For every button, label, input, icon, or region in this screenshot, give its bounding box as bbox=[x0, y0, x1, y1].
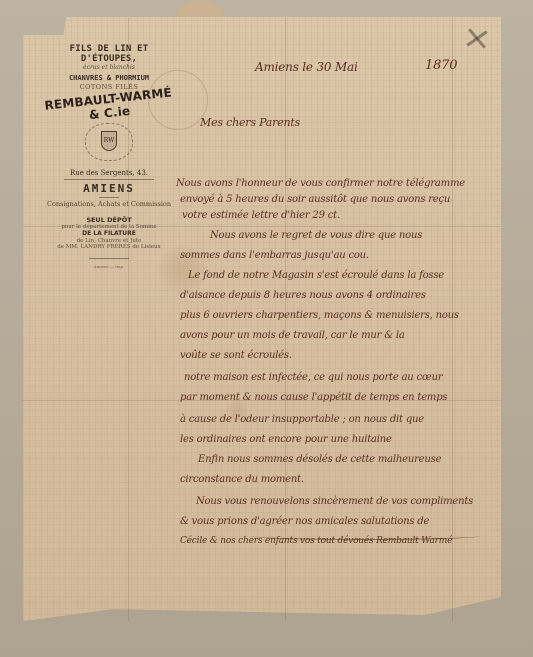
letter-line: & vous prions d'agréer nos amicales salu… bbox=[180, 516, 429, 527]
services: Consignations, Achats et Commission bbox=[40, 201, 178, 208]
letter-line: les ordinaires ont encore pour une huita… bbox=[180, 434, 392, 445]
printer-credit: Amiens — Imp. bbox=[40, 265, 178, 270]
letter-line: circonstance du moment. bbox=[180, 474, 304, 485]
divider bbox=[99, 197, 119, 198]
letter-line: Le fond de notre Magasin s'est écroulé d… bbox=[188, 270, 444, 281]
letter-date: Amiens le 30 Mai bbox=[255, 60, 358, 74]
letter-line: avons pour un mois de travail, car le mu… bbox=[180, 330, 405, 341]
street-address: Rue des Sergents, 43. bbox=[40, 169, 178, 177]
letter-line: d'aisance depuis 8 heures nous avons 4 o… bbox=[180, 290, 426, 301]
letter-line: Nous avons le regret de vous dire que no… bbox=[210, 230, 422, 241]
depot-line: DE LA FILATURE bbox=[40, 231, 178, 238]
letter-line: sommes dans l'embarras jusqu'au cou. bbox=[180, 250, 369, 261]
letter-line: Enfin nous sommes désolés de cette malhe… bbox=[198, 454, 441, 465]
pencil-cross-mark-icon bbox=[465, 28, 487, 48]
letter-line: Nous avons l'honneur de vous confirmer n… bbox=[176, 178, 465, 189]
letter-line: envoyé à 5 heures du soir aussitôt que n… bbox=[180, 194, 450, 205]
letterhead: FILS DE LIN ET D'ÉTOUPES, écrus et blanc… bbox=[40, 44, 178, 270]
letter-line: par moment & nous cause l'appétit de tem… bbox=[180, 392, 447, 403]
letter-line: votre estimée lettre d'hier 29 ct. bbox=[182, 210, 340, 221]
letter-line: Nous vous renouvelons sincèrement de vos… bbox=[196, 496, 473, 507]
salutation: Mes chers Parents bbox=[200, 116, 300, 129]
divider bbox=[89, 258, 129, 259]
letter-line: voûte se sont écroulés. bbox=[180, 350, 292, 361]
crest-shield: RW bbox=[101, 131, 117, 151]
signature-flourish bbox=[250, 532, 480, 540]
letterhead-products: FILS DE LIN ET D'ÉTOUPES, bbox=[40, 44, 178, 65]
coat-of-arms-icon: RW bbox=[85, 123, 133, 161]
letterhead-hemp: CHANVRES & PHORMIUM bbox=[40, 74, 178, 82]
letterhead-subtitle: écrus et blanchis bbox=[40, 65, 178, 72]
depot-line: de MM. LANDRY FRÈRES de Lisieux bbox=[40, 244, 178, 250]
letter-line: notre maison est infectée, ce qui nous p… bbox=[184, 372, 442, 383]
letter-line: à cause de l'odeur insupportable ; on no… bbox=[180, 414, 424, 425]
letter-year: 1870 bbox=[425, 58, 457, 73]
firm-name: REMBAULT-WARMÉ & C.ie bbox=[39, 86, 179, 128]
letter-line: plus 6 ouvriers charpentiers, maçons & m… bbox=[180, 310, 459, 321]
divider bbox=[64, 179, 154, 180]
city: AMIENS bbox=[40, 183, 178, 196]
